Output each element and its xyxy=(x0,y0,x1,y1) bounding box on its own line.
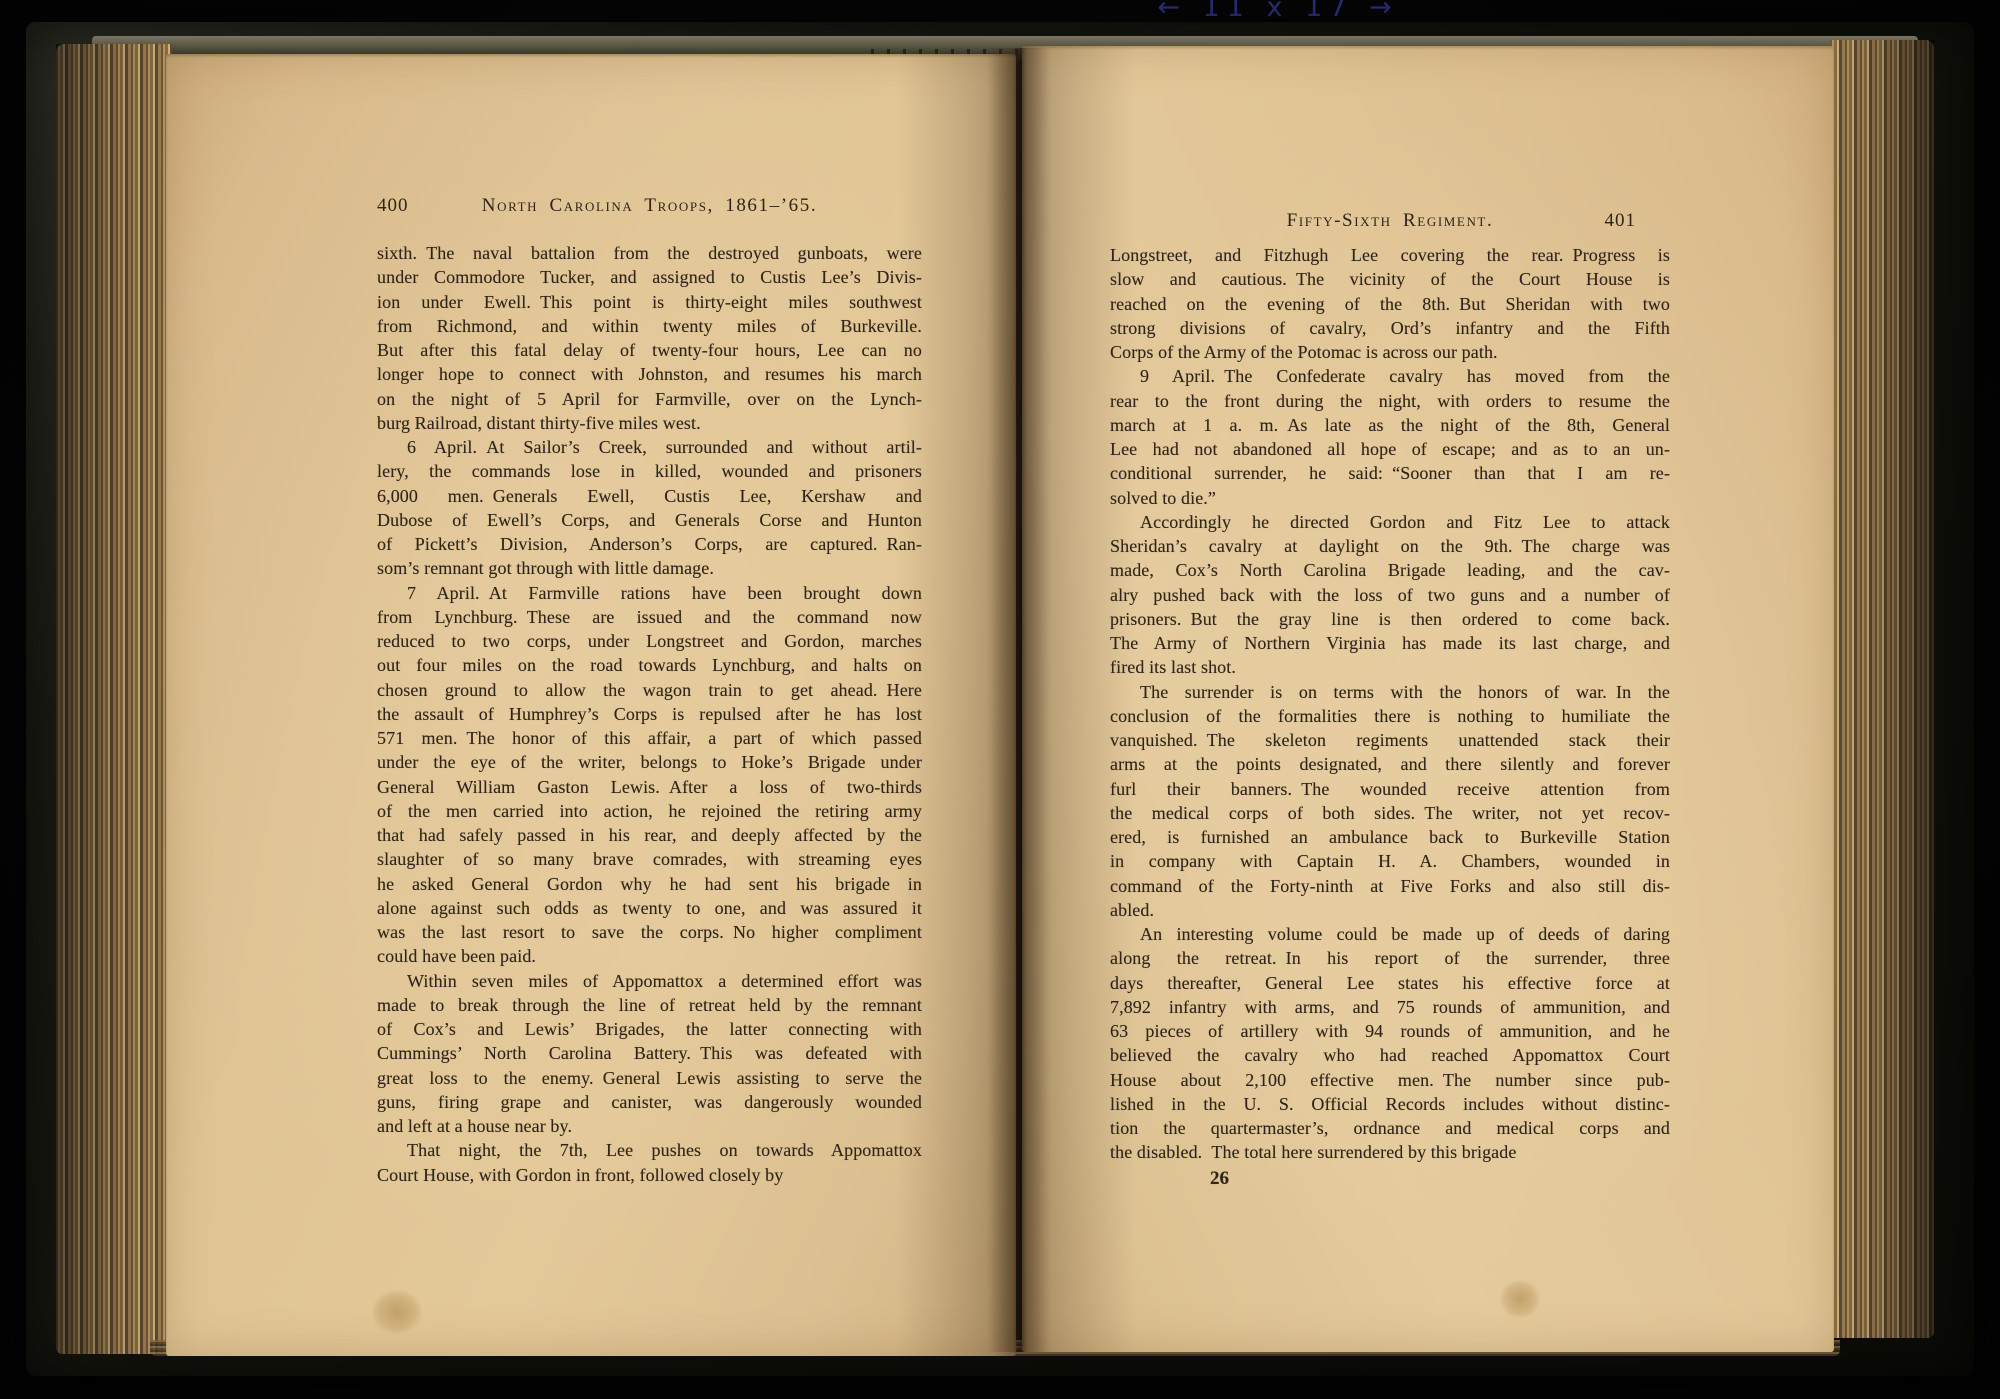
text-line: the medical corps of both sides. The wri… xyxy=(1110,801,1670,825)
text-line: solved to die.” xyxy=(1110,486,1670,510)
text-line: great loss to the enemy. General Lewis a… xyxy=(377,1066,922,1090)
text-line: from Richmond, and within twenty miles o… xyxy=(377,314,922,338)
text-line: he asked General Gordon why he had sent … xyxy=(377,872,922,896)
text-line: vanquished. The skeleton regiments unatt… xyxy=(1110,728,1670,752)
left-page-number: 400 xyxy=(377,195,409,217)
text-line: guns, firing grape and canister, was dan… xyxy=(377,1090,922,1114)
text-line: slow and cautious. The vicinity of the C… xyxy=(1110,267,1670,291)
paragraph: An interesting volume could be made up o… xyxy=(1110,922,1670,1165)
text-line: Court House, with Gordon in front, follo… xyxy=(377,1163,922,1187)
paragraph: That night, the 7th, Lee pushes on towar… xyxy=(377,1138,922,1187)
paper-stain xyxy=(1500,1280,1540,1318)
text-line: and left at a house near by. xyxy=(377,1114,922,1138)
left-page-body: sixth. The naval battalion from the dest… xyxy=(377,241,922,1187)
paragraph: Within seven miles of Appomattox a deter… xyxy=(377,969,922,1139)
text-line: Accordingly he directed Gordon and Fitz … xyxy=(1110,510,1670,534)
paragraph: 9 April. The Confederate cavalry has mov… xyxy=(1110,364,1670,510)
page-edges-left xyxy=(56,44,172,1354)
text-line: of Cox’s and Lewis’ Brigades, the latter… xyxy=(377,1017,922,1041)
text-line: General William Gaston Lewis. After a lo… xyxy=(377,775,922,799)
text-line: along the retreat. In his report of the … xyxy=(1110,946,1670,970)
text-line: days thereafter, General Lee states his … xyxy=(1110,971,1670,995)
left-page-header: 400 North Carolina Troops, 1861–’65. xyxy=(377,195,922,225)
text-line: was the last resort to save the corps. N… xyxy=(377,920,922,944)
photo-backdrop: ← 11 x 17 → 400 North Carolina Troops, 1… xyxy=(0,0,2000,1399)
text-line: longer hope to connect with Johnston, an… xyxy=(377,362,922,386)
text-line: under Commodore Tucker, and assigned to … xyxy=(377,265,922,289)
text-line: command of the Forty-ninth at Five Forks… xyxy=(1110,874,1670,898)
text-line: under the eye of the writer, belongs to … xyxy=(377,750,922,774)
text-line: alone against such odds as twenty to one… xyxy=(377,896,922,920)
paragraph: 7 April. At Farmville rations have been … xyxy=(377,581,922,969)
text-line: arms at the points designated, and there… xyxy=(1110,752,1670,776)
text-line: abled. xyxy=(1110,898,1670,922)
text-line: sixth. The naval battalion from the dest… xyxy=(377,241,922,265)
text-line: tion the quartermaster’s, ordnance and m… xyxy=(1110,1116,1670,1140)
paragraph: Longstreet, and Fitzhugh Lee covering th… xyxy=(1110,243,1670,364)
left-page: 400 North Carolina Troops, 1861–’65. six… xyxy=(166,54,1016,1356)
text-line: fired its last shot. xyxy=(1110,655,1670,679)
text-line: chosen ground to allow the wagon train t… xyxy=(377,678,922,702)
text-line: som’s remnant got through with little da… xyxy=(377,556,922,580)
text-line: 63 pieces of artillery with 94 rounds of… xyxy=(1110,1019,1670,1043)
text-line: That night, the 7th, Lee pushes on towar… xyxy=(377,1138,922,1162)
right-page-body: Longstreet, and Fitzhugh Lee covering th… xyxy=(1110,243,1670,1165)
text-line: lery, the commands lose in killed, wound… xyxy=(377,459,922,483)
right-running-header: Fifty-Sixth Regiment. xyxy=(1110,210,1670,232)
text-line: the disabled. The total here surrendered… xyxy=(1110,1140,1670,1164)
text-line: Lee had not abandoned all hope of escape… xyxy=(1110,437,1670,461)
text-line: Cummings’ North Carolina Battery. This w… xyxy=(377,1041,922,1065)
text-line: prisoners. But the gray line is then ord… xyxy=(1110,607,1670,631)
text-line: Longstreet, and Fitzhugh Lee covering th… xyxy=(1110,243,1670,267)
text-line: that had safely passed in his rear, and … xyxy=(377,823,922,847)
text-line: 9 April. The Confederate cavalry has mov… xyxy=(1110,364,1670,388)
paragraph: sixth. The naval battalion from the dest… xyxy=(377,241,922,435)
text-line: Sheridan’s cavalry at daylight on the 9t… xyxy=(1110,534,1670,558)
text-line: conclusion of the formalities there is n… xyxy=(1110,704,1670,728)
text-line: Dubose of Ewell’s Corps, and Generals Co… xyxy=(377,508,922,532)
text-line: House about 2,100 effective men. The num… xyxy=(1110,1068,1670,1092)
left-running-header: North Carolina Troops, 1861–’65. xyxy=(377,195,922,217)
text-line: ered, is furnished an ambulance back to … xyxy=(1110,825,1670,849)
text-line: The Army of Northern Virginia has made i… xyxy=(1110,631,1670,655)
text-line: made to break through the line of retrea… xyxy=(377,993,922,1017)
right-page-header: Fifty-Sixth Regiment. 401 xyxy=(1110,210,1670,240)
text-line: reached on the evening of the 8th. But S… xyxy=(1110,292,1670,316)
text-line: alry pushed back with the loss of two gu… xyxy=(1110,583,1670,607)
right-page: Fifty-Sixth Regiment. 401 Longstreet, an… xyxy=(1022,46,1834,1352)
text-line: of the men carried into action, he rejoi… xyxy=(377,799,922,823)
page-edges-right xyxy=(1830,40,1934,1338)
text-line: conditional surrender, he said: “Sooner … xyxy=(1110,461,1670,485)
text-line: slaughter of so many brave comrades, wit… xyxy=(377,847,922,871)
text-line: The surrender is on terms with the honor… xyxy=(1110,680,1670,704)
text-line: the assault of Humphrey’s Corps is repul… xyxy=(377,702,922,726)
text-line: made, Cox’s North Carolina Brigade leadi… xyxy=(1110,558,1670,582)
text-line: 7,892 infantry with arms, and 75 rounds … xyxy=(1110,995,1670,1019)
text-line: ion under Ewell. This point is thirty-ei… xyxy=(377,290,922,314)
text-line: out four miles on the road towards Lynch… xyxy=(377,653,922,677)
text-line: 6 April. At Sailor’s Creek, surrounded a… xyxy=(377,435,922,459)
text-line: in company with Captain H. A. Chambers, … xyxy=(1110,849,1670,873)
text-line: An interesting volume could be made up o… xyxy=(1110,922,1670,946)
text-line: 571 men. The honor of this affair, a par… xyxy=(377,726,922,750)
paper-stain xyxy=(372,1290,422,1334)
text-line: of Pickett’s Division, Anderson’s Corps,… xyxy=(377,532,922,556)
text-line: from Lynchburg. These are issued and the… xyxy=(377,605,922,629)
signature-mark: 26 xyxy=(1210,1168,1229,1190)
text-line: believed the cavalry who had reached App… xyxy=(1110,1043,1670,1067)
paragraph: The surrender is on terms with the honor… xyxy=(1110,680,1670,923)
text-line: 7 April. At Farmville rations have been … xyxy=(377,581,922,605)
text-line: furl their banners. The wounded receive … xyxy=(1110,777,1670,801)
text-line: strong divisions of cavalry, Ord’s infan… xyxy=(1110,316,1670,340)
text-line: 6,000 men. Generals Ewell, Custis Lee, K… xyxy=(377,484,922,508)
text-line: reduced to two corps, under Longstreet a… xyxy=(377,629,922,653)
text-line: But after this fatal delay of twenty-fou… xyxy=(377,338,922,362)
paragraph: 6 April. At Sailor’s Creek, surrounded a… xyxy=(377,435,922,581)
paragraph: Accordingly he directed Gordon and Fitz … xyxy=(1110,510,1670,680)
text-line: lished in the U. S. Official Records inc… xyxy=(1110,1092,1670,1116)
text-line: burg Railroad, distant thirty-five miles… xyxy=(377,411,922,435)
text-line: rear to the front during the night, with… xyxy=(1110,389,1670,413)
text-line: march at 1 a. m. As late as the night of… xyxy=(1110,413,1670,437)
right-page-number: 401 xyxy=(1605,210,1637,232)
text-line: Within seven miles of Appomattox a deter… xyxy=(377,969,922,993)
text-line: Corps of the Army of the Potomac is acro… xyxy=(1110,340,1670,364)
text-line: on the night of 5 April for Farmville, o… xyxy=(377,387,922,411)
text-line: could have been paid. xyxy=(377,944,922,968)
